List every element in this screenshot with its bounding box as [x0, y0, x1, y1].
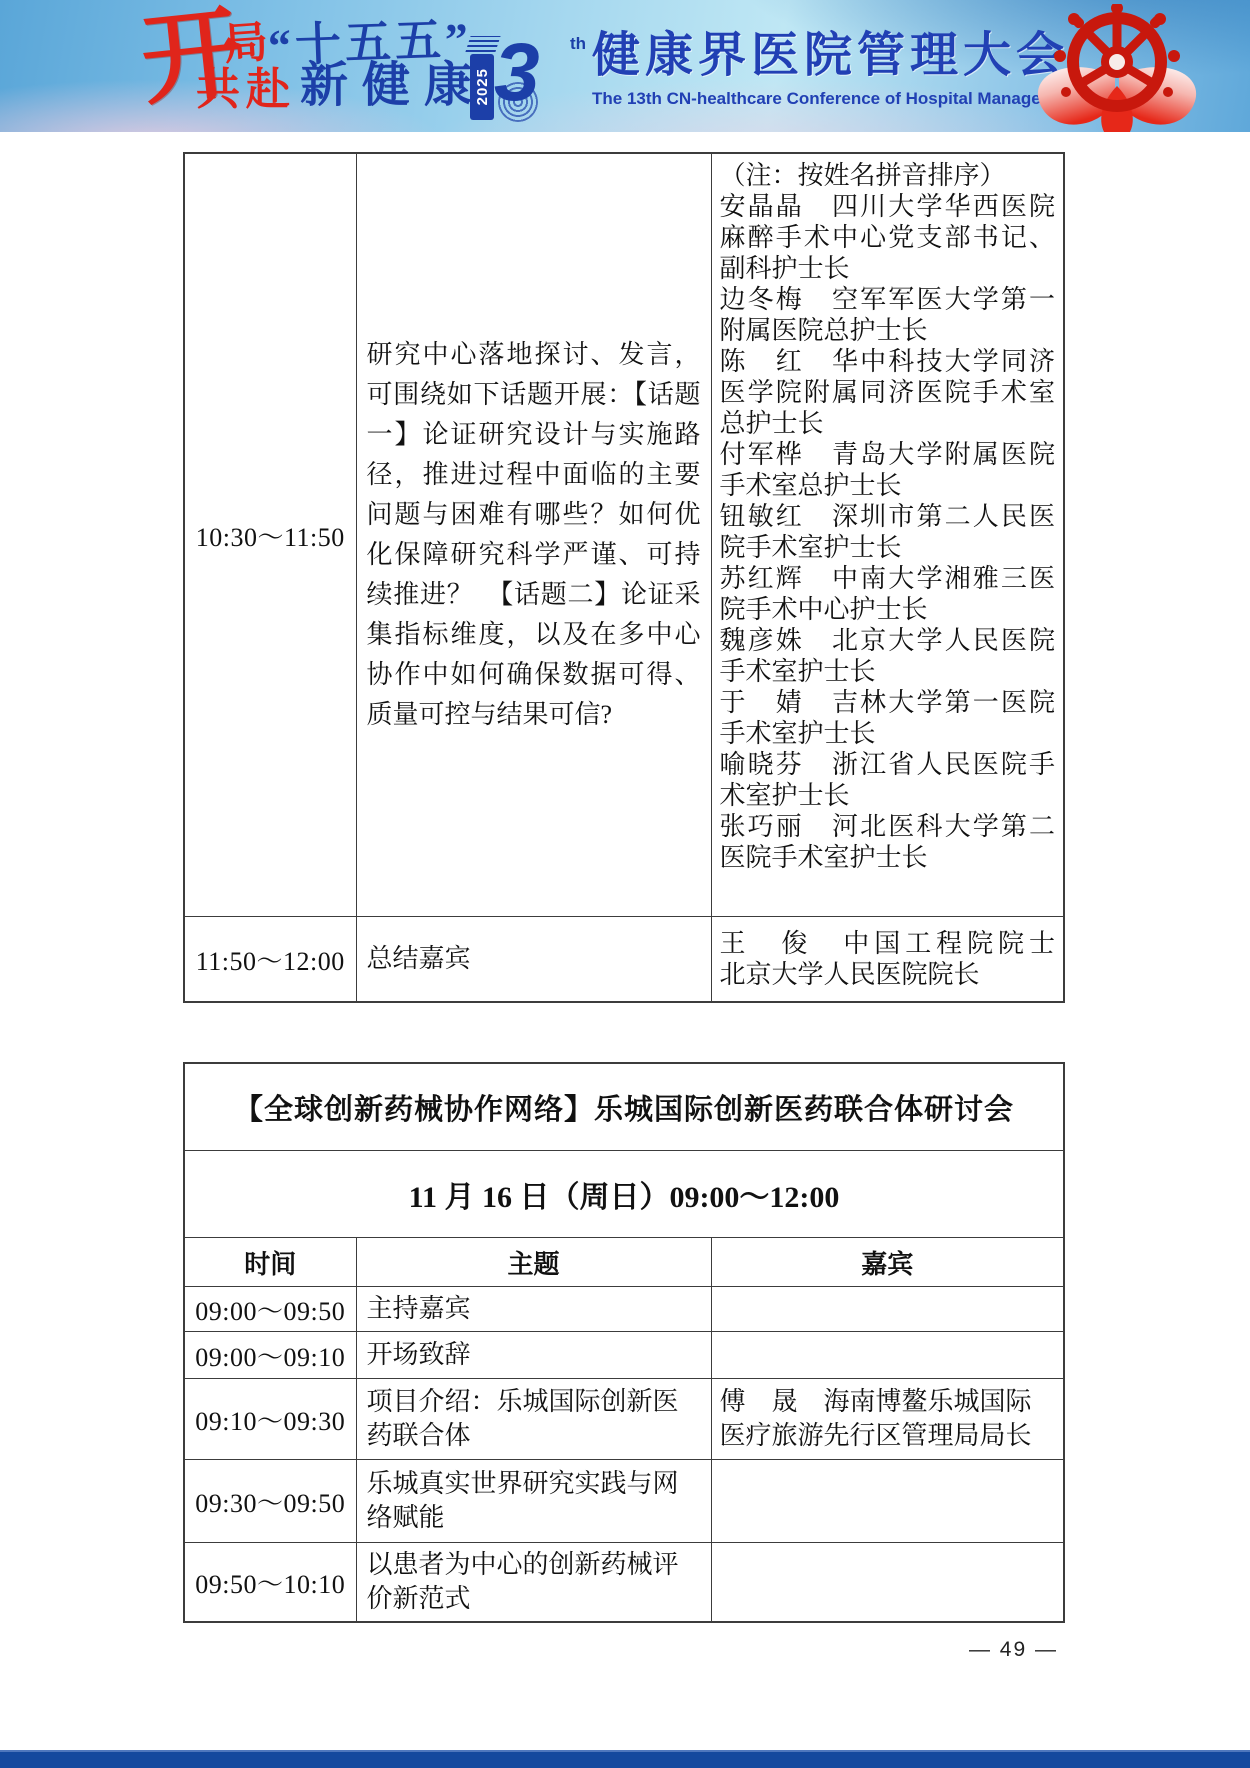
table-row: 11 月 16 日（周日）09:00～12:00	[184, 1151, 1064, 1238]
table-row: 10:30～11:50 研究中心落地探讨、发言，可围绕如下话题开展：【话题一】论…	[184, 153, 1064, 917]
session-topic: 以患者为中心的创新药械评价新范式	[356, 1543, 711, 1623]
guest-entry: 王 俊 中国工程院院士 北京大学人民医院院长	[720, 928, 1056, 990]
conference-title-block: 健康界医院管理大会 The 13th CN-healthcare Confere…	[592, 30, 1052, 109]
column-header-time: 时间	[184, 1238, 356, 1287]
guest-entry: 钮敏红 深圳市第二人民医院手术室护士长	[720, 501, 1056, 563]
guest-entry: 安晶晶 四川大学华西医院麻醉手术中心党支部书记、副科护士长	[720, 191, 1056, 284]
logo-numeral-one: 2025	[470, 54, 494, 120]
session-time: 09:30～09:50	[184, 1460, 356, 1543]
guest-entry: 张巧丽 河北医科大学第二医院手术室护士长	[720, 811, 1056, 873]
table-row: 09:00～09:50 主持嘉宾	[184, 1287, 1064, 1332]
column-header-guest: 嘉宾	[711, 1238, 1064, 1287]
guest-entry: 苏红辉 中南大学湘雅三医院手术中心护士长	[720, 563, 1056, 625]
seminar-title: 【全球创新药械协作网络】乐城国际创新医药联合体研讨会	[184, 1063, 1064, 1151]
guest-entry: 喻晓芬 浙江省人民医院手术室护士长	[720, 749, 1056, 811]
table-row: 11:50～12:00 总结嘉宾 王 俊 中国工程院院士 北京大学人民医院院长	[184, 917, 1064, 1003]
session-topic: 开场致辞	[356, 1332, 711, 1379]
slogan-char-ju: 局	[223, 21, 270, 68]
slogan-gongfu: 共赴	[196, 68, 296, 112]
logo-th-suffix: th	[570, 34, 586, 54]
agenda-table-lecheng-seminar: 【全球创新药械协作网络】乐城国际创新医药联合体研讨会 11 月 16 日（周日）…	[183, 1062, 1065, 1623]
conference-title-en: The 13th CN-healthcare Conference of Hos…	[592, 89, 1052, 109]
table-row: 09:10～09:30 项目介绍：乐城国际创新医药联合体 傅 晟 海南博鳌乐城国…	[184, 1379, 1064, 1460]
session-topic: 主持嘉宾	[356, 1287, 711, 1332]
logo-year-2025: 2025	[474, 68, 491, 105]
column-header-topic: 主题	[356, 1238, 711, 1287]
page-number: — 49 —	[969, 1638, 1058, 1662]
session-guest	[711, 1460, 1064, 1543]
ship-wheel-icon	[1002, 4, 1232, 132]
session-guest: 傅 晟 海南博鳌乐城国际医疗旅游先行区管理局局长	[711, 1379, 1064, 1460]
guest-entry: 魏彦姝 北京大学人民医院手术室护士长	[720, 625, 1056, 687]
slogan-xinjiankang: 新健康	[300, 62, 486, 110]
seminar-date: 11 月 16 日（周日）09:00～12:00	[184, 1151, 1064, 1238]
conference-13th-logo: 2025 3 th	[468, 34, 578, 124]
table-row: 09:30～09:50 乐城真实世界研究实践与网络赋能	[184, 1460, 1064, 1543]
header-banner: 开 局 “十五五” 共赴 新健康 2025 3 th 健康界医院管理大会 The…	[0, 0, 1250, 132]
guest-entry: 陈 红 华中科技大学同济医学院附属同济医院手术室总护士长	[720, 346, 1056, 439]
session-time: 09:50～10:10	[184, 1543, 356, 1623]
session-topic: 总结嘉宾	[356, 917, 711, 1003]
document-page: 开 局 “十五五” 共赴 新健康 2025 3 th 健康界医院管理大会 The…	[0, 0, 1250, 1768]
session-guest	[711, 1543, 1064, 1623]
guest-entry: 付军桦 青岛大学附属医院手术室总护士长	[720, 439, 1056, 501]
table-header-row: 时间 主题 嘉宾	[184, 1238, 1064, 1287]
session-guest	[711, 1332, 1064, 1379]
guest-entry: 于 婧 吉林大学第一医院手术室护士长	[720, 687, 1056, 749]
guest-note: （注：按姓名拼音排序）	[720, 160, 1056, 191]
session-time: 10:30～11:50	[184, 153, 356, 917]
session-topic: 项目介绍：乐城国际创新医药联合体	[356, 1379, 711, 1460]
session-guest-list: （注：按姓名拼音排序） 安晶晶 四川大学华西医院麻醉手术中心党支部书记、副科护士…	[711, 153, 1064, 917]
session-time: 09:00～09:10	[184, 1332, 356, 1379]
session-topic: 乐城真实世界研究实践与网络赋能	[356, 1460, 711, 1543]
session-time: 09:10～09:30	[184, 1379, 356, 1460]
session-topic: 研究中心落地探讨、发言，可围绕如下话题开展：【话题一】论证研究设计与实施路径，推…	[356, 153, 711, 917]
guest-entry: 边冬梅 空军军医大学第一附属医院总护士长	[720, 284, 1056, 346]
session-guest	[711, 1287, 1064, 1332]
table-row: 【全球创新药械协作网络】乐城国际创新医药联合体研讨会	[184, 1063, 1064, 1151]
session-time: 11:50～12:00	[184, 917, 356, 1003]
bottom-blue-bar	[0, 1750, 1250, 1768]
session-guest-list: 王 俊 中国工程院院士 北京大学人民医院院长	[711, 917, 1064, 1003]
agenda-table-morning-session: 10:30～11:50 研究中心落地探讨、发言，可围绕如下话题开展：【话题一】论…	[183, 152, 1065, 1003]
table-row: 09:00～09:10 开场致辞	[184, 1332, 1064, 1379]
logo-numeral-three: 3	[494, 32, 540, 114]
session-time: 09:00～09:50	[184, 1287, 356, 1332]
table-row: 09:50～10:10 以患者为中心的创新药械评价新范式	[184, 1543, 1064, 1623]
conference-title-cn: 健康界医院管理大会	[592, 30, 1052, 83]
